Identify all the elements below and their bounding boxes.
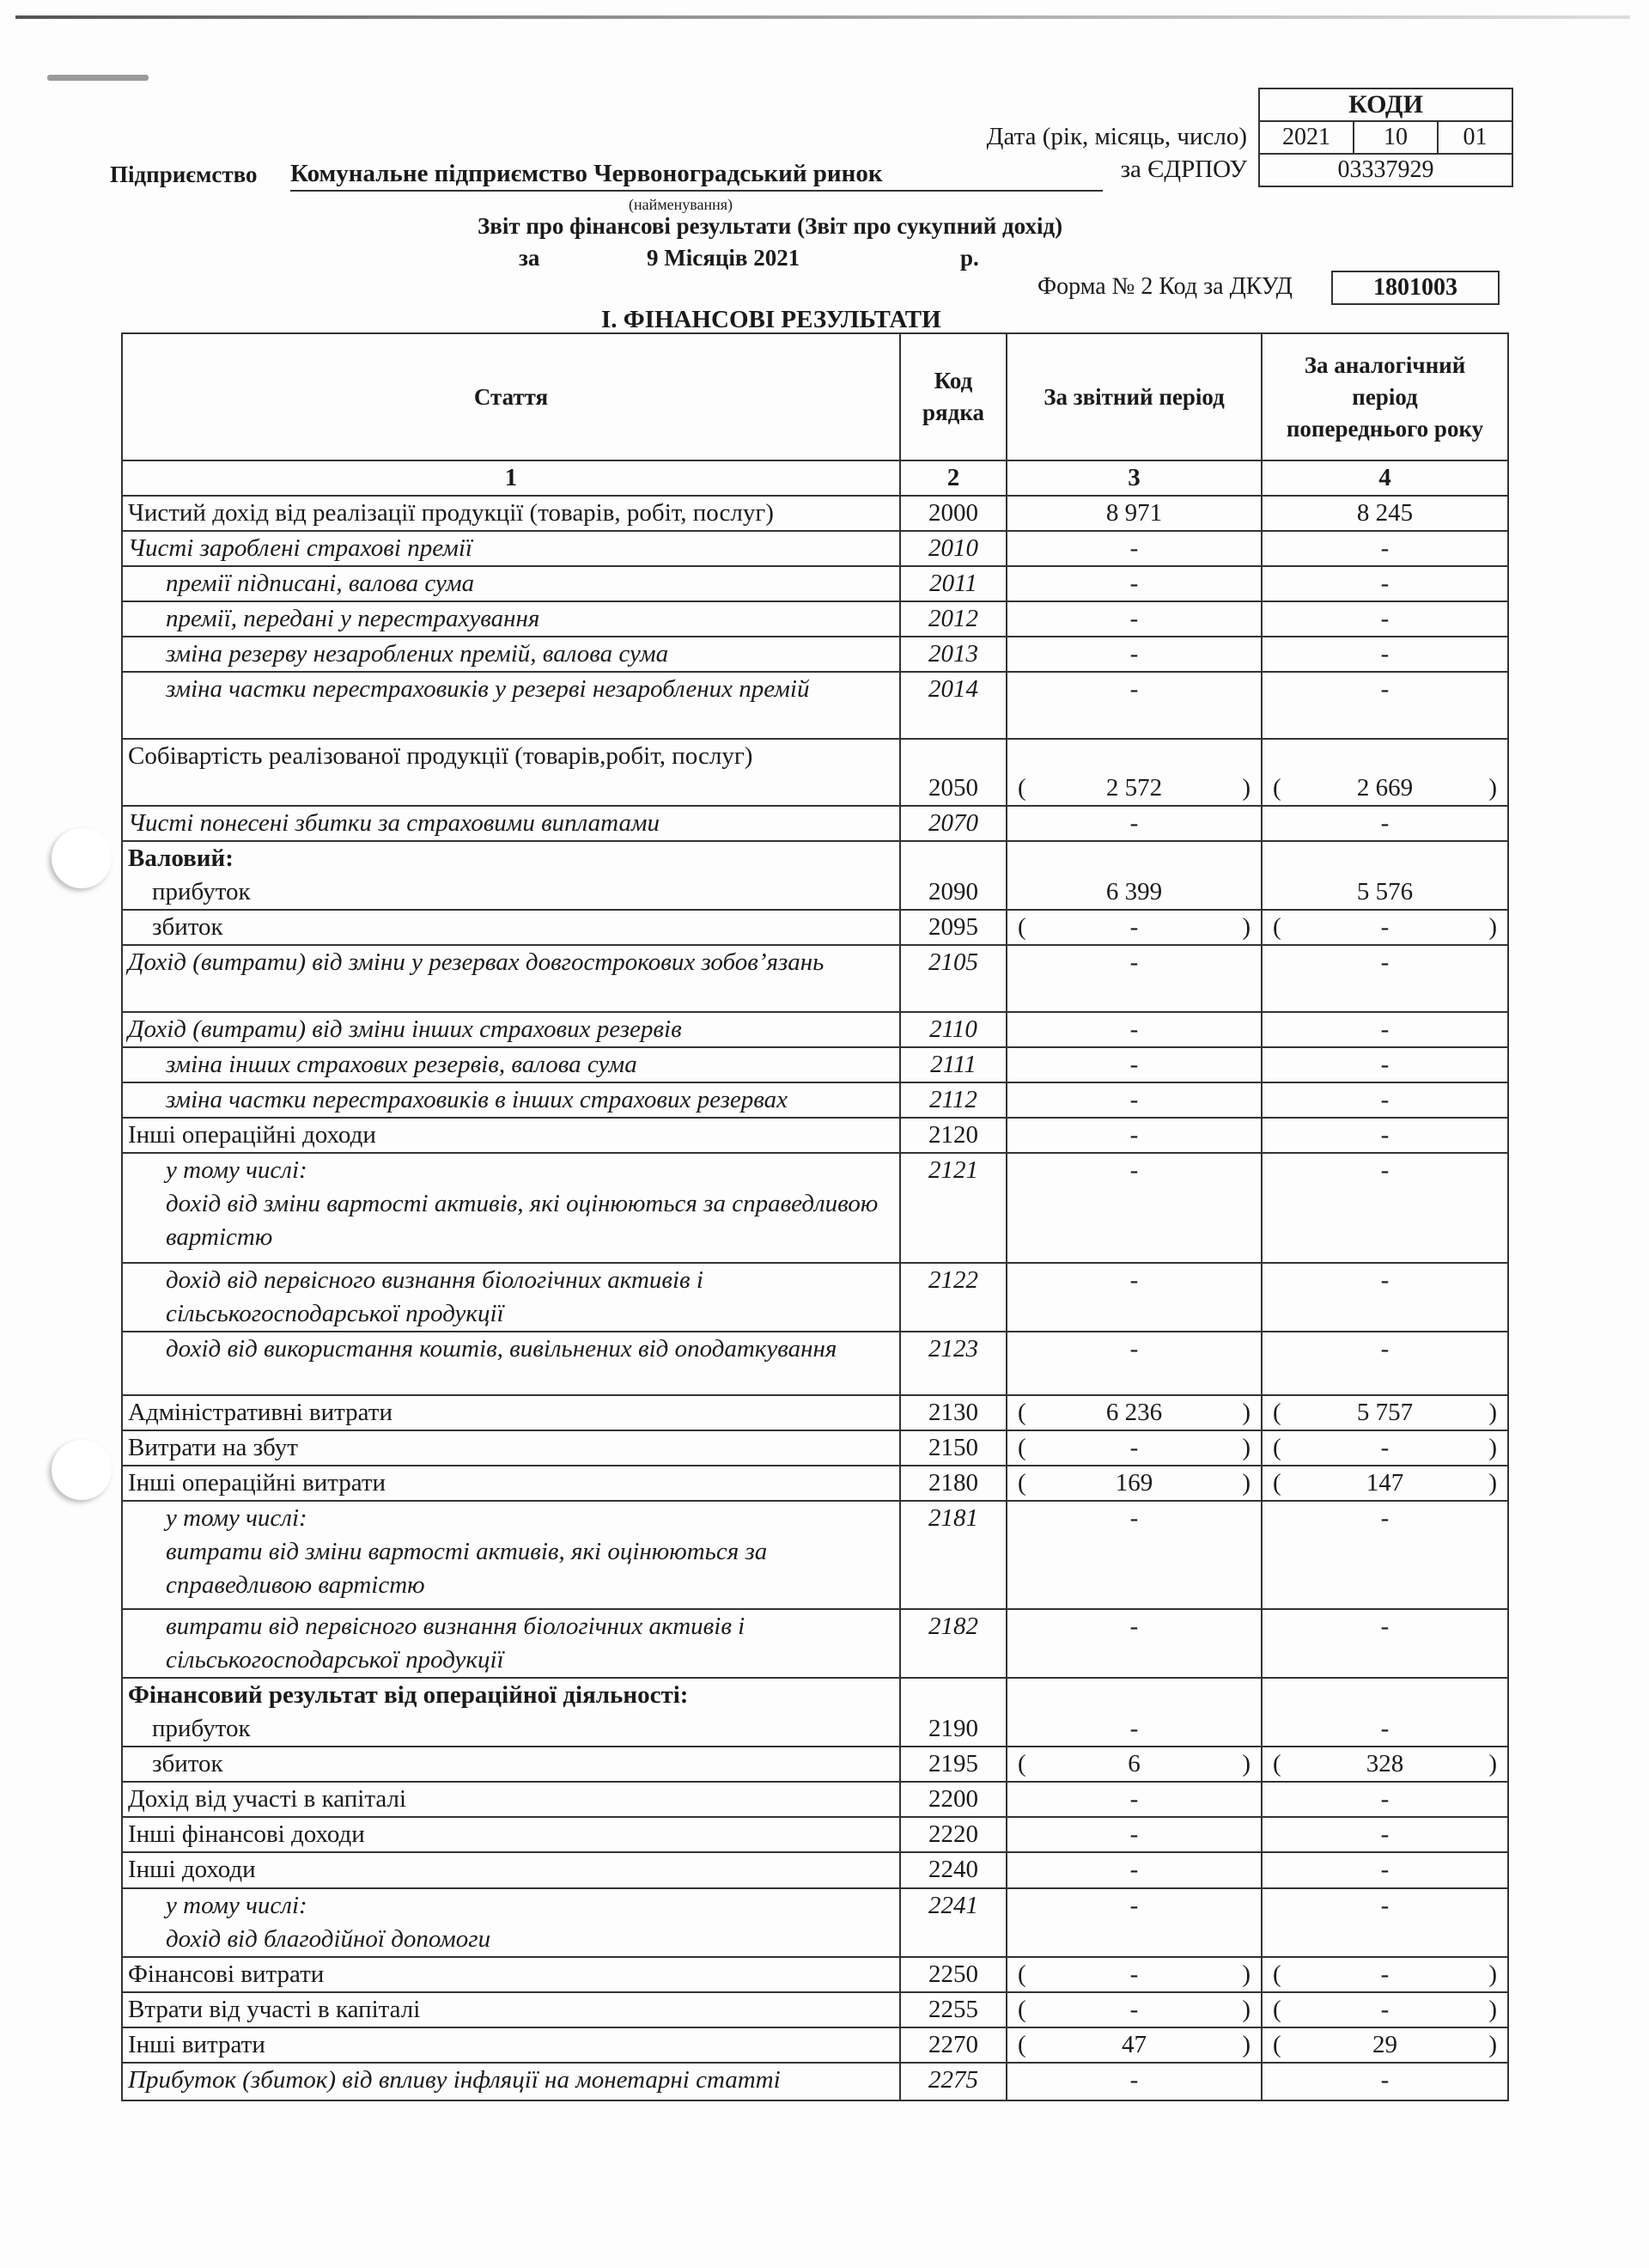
value-previous-period: (-) (1262, 1957, 1508, 1992)
article-text: витрати від зміни вартості активів, які … (128, 1535, 899, 1602)
article-cell: збиток (122, 910, 900, 945)
table-row: премії, передані у перестрахування2012-- (122, 601, 1508, 637)
paren-open: ( (1273, 1466, 1281, 1500)
row-code: 2275 (900, 2063, 1007, 2100)
value-previous-period: 8 245 (1262, 496, 1508, 531)
edrpou-label: за ЄДРПОУ (1121, 155, 1247, 184)
value-text: - (1130, 1015, 1139, 1043)
table-row: Прибуток (збиток) від впливу інфляції на… (122, 2063, 1508, 2100)
value-current-period: - (1007, 1082, 1262, 1118)
table-row: Витрати на збут2150(-)(-) (122, 1430, 1508, 1466)
value-current-period: (47) (1007, 2027, 1262, 2063)
paren-close: ) (1242, 771, 1250, 805)
article-text: прибуток (128, 1712, 899, 1746)
value-current-period: - (1007, 1501, 1262, 1609)
article-text: премії підписані, валова сума (128, 567, 899, 601)
article-cell: зміна резерву незароблених премій, валов… (122, 637, 900, 672)
value-text: - (1381, 1051, 1390, 1078)
value-text: 6 (1128, 1750, 1141, 1777)
article-cell: зміна частки перестраховиків в інших стр… (122, 1082, 900, 1118)
value-previous-period: - (1262, 601, 1508, 637)
article-text: дохід від первісного визнання біологічни… (128, 1264, 899, 1331)
article-text: Витрати на збут (128, 1431, 899, 1465)
value-current-period: - (1007, 531, 1262, 566)
article-cell: Дохід (витрати) від зміни інших страхови… (122, 1012, 900, 1047)
value-current-period: - (1007, 1332, 1262, 1395)
value-current-period: - (1007, 1153, 1262, 1263)
row-code: 2070 (900, 806, 1007, 841)
value-previous-period: - (1262, 1332, 1508, 1395)
value-previous-period: - (1262, 806, 1508, 841)
date-year: 2021 (1260, 122, 1354, 153)
value-text: - (1130, 1156, 1139, 1184)
column-numbers-row: 1 2 3 4 (122, 460, 1508, 496)
table-row: Валовий:прибуток20906 3995 576 (122, 841, 1508, 910)
value-previous-period: - (1262, 1012, 1508, 1047)
article-text: Собівартість реалізованої продукції (тов… (128, 740, 899, 773)
article-cell: Прибуток (збиток) від впливу інфляції на… (122, 2063, 900, 2100)
table-row: Втрати від участі в капіталі2255(-)(-) (122, 1992, 1508, 2027)
value-text: - (1381, 1715, 1390, 1742)
article-cell: збиток (122, 1747, 900, 1782)
paren-open: ( (1018, 1993, 1026, 2027)
paren-open: ( (1018, 771, 1026, 805)
article-text: Фінансові витрати (128, 1958, 899, 1991)
article-text: Чисті зароблені страхові премії (128, 532, 899, 565)
article-cell: у тому числі:дохід від зміни вартості ак… (122, 1153, 900, 1263)
article-cell: Собівартість реалізованої продукції (тов… (122, 739, 900, 806)
table-row: Інші фінансові доходи2220-- (122, 1817, 1508, 1852)
table-row: Інші операційні доходи2120-- (122, 1118, 1508, 1153)
value-text: - (1130, 1715, 1139, 1742)
row-code: 2013 (900, 637, 1007, 672)
col-header-article: Стаття (122, 333, 900, 460)
article-text: дохід від благодійної допомоги (128, 1923, 899, 1956)
col-header-current: За звітний період (1007, 333, 1262, 460)
article-text: прибуток (128, 875, 899, 909)
value-text: - (1130, 913, 1139, 941)
value-current-period: (6) (1007, 1747, 1262, 1782)
value-text: - (1381, 948, 1390, 976)
value-current-period: - (1007, 806, 1262, 841)
value-current-period: 8 971 (1007, 496, 1262, 531)
value-previous-period: - (1262, 1082, 1508, 1118)
article-cell: Дохід (витрати) від зміни у резервах дов… (122, 945, 900, 1012)
value-text: - (1381, 1892, 1390, 1919)
article-text: дохід від використання коштів, вивільнен… (128, 1332, 899, 1366)
col-header-previous: За аналогічний період попереднього року (1262, 333, 1508, 460)
value-text: - (1381, 2066, 1390, 2094)
row-code: 2130 (900, 1395, 1007, 1430)
article-cell: Фінансові витрати (122, 1957, 900, 1992)
table-row: Чистий дохід від реалізації продукції (т… (122, 496, 1508, 531)
row-code: 2123 (900, 1332, 1007, 1395)
edrpou-code: 03337929 (1260, 155, 1512, 186)
value-previous-period: (147) (1262, 1466, 1508, 1501)
paren-open: ( (1018, 911, 1026, 944)
paren-open: ( (1273, 1958, 1281, 1991)
org-label: Підприємство (110, 162, 258, 188)
value-text: - (1130, 1434, 1139, 1461)
article-text: Інші фінансові доходи (128, 1818, 899, 1851)
value-text: 8 245 (1357, 499, 1413, 527)
paren-open: ( (1018, 1431, 1026, 1465)
value-text: - (1130, 1051, 1139, 1078)
table-row: Собівартість реалізованої продукції (тов… (122, 739, 1508, 806)
paren-open: ( (1273, 1747, 1281, 1781)
row-code: 2105 (900, 945, 1007, 1012)
row-code: 2095 (900, 910, 1007, 945)
table-row: Фінансові витрати2250(-)(-) (122, 1957, 1508, 1992)
value-previous-period: - (1262, 2063, 1508, 2100)
value-text: - (1381, 1121, 1390, 1149)
dkud-code: 1801003 (1331, 271, 1500, 305)
value-previous-period: - (1262, 1782, 1508, 1817)
row-code: 2000 (900, 496, 1007, 531)
value-text: - (1130, 2066, 1139, 2094)
row-code: 2270 (900, 2027, 1007, 2063)
table-row: збиток2095(-)(-) (122, 910, 1508, 945)
value-text: 328 (1366, 1750, 1404, 1777)
article-heading: у тому числі: (128, 1502, 899, 1535)
value-current-period: 6 399 (1007, 841, 1262, 910)
value-current-period: - (1007, 601, 1262, 637)
form-label: Форма № 2 Код за ДКУД (1037, 273, 1293, 301)
value-previous-period: - (1262, 566, 1508, 601)
value-previous-period: - (1262, 1501, 1508, 1609)
value-text: - (1130, 809, 1139, 837)
value-text: - (1130, 1086, 1139, 1113)
article-text: Інші операційні витрати (128, 1466, 899, 1500)
row-code: 2111 (900, 1047, 1007, 1082)
col-header-code: Код рядка (900, 333, 1007, 460)
value-text: - (1130, 605, 1139, 632)
paren-close: ) (1488, 771, 1497, 805)
row-code: 2255 (900, 1992, 1007, 2027)
table-row: Адміністративні витрати2130(6 236)(5 757… (122, 1395, 1508, 1430)
article-cell: Втрати від участі в капіталі (122, 1992, 900, 2027)
value-text: - (1381, 675, 1390, 703)
value-text: 5 576 (1357, 878, 1413, 905)
row-code: 2121 (900, 1153, 1007, 1263)
value-previous-period: - (1262, 1609, 1508, 1678)
article-cell: Валовий:прибуток (122, 841, 900, 910)
table-row: Інші витрати2270(47)(29) (122, 2027, 1508, 2063)
article-text: Чисті понесені збитки за страховими випл… (128, 807, 899, 840)
row-code: 2250 (900, 1957, 1007, 1992)
article-cell: Інші операційні доходи (122, 1118, 900, 1153)
value-text: 8 971 (1106, 499, 1162, 527)
article-heading: у тому числі: (128, 1154, 899, 1187)
article-text: зміна інших страхових резервів, валова с… (128, 1048, 899, 1082)
period-suffix: р. (960, 245, 979, 271)
paren-close: ) (1242, 2028, 1250, 2062)
article-text: витрати від первісного визнання біологіч… (128, 1610, 899, 1677)
value-text: - (1130, 570, 1139, 597)
row-code: 2110 (900, 1012, 1007, 1047)
value-previous-period: - (1262, 1678, 1508, 1747)
value-text: - (1130, 1335, 1139, 1363)
article-text: Втрати від участі в капіталі (128, 1993, 899, 2027)
value-previous-period: - (1262, 945, 1508, 1012)
value-previous-period: (328) (1262, 1747, 1508, 1782)
row-code: 2090 (900, 841, 1007, 910)
table-row: у тому числі:дохід від благодійної допом… (122, 1888, 1508, 1957)
value-text: 5 757 (1357, 1399, 1413, 1426)
row-code: 2010 (900, 531, 1007, 566)
article-text: премії, передані у перестрахування (128, 602, 899, 636)
paren-close: ) (1242, 1431, 1250, 1465)
report-title: Звіт про фінансові результати (Звіт про … (478, 213, 1062, 240)
article-text: Прибуток (збиток) від впливу інфляції на… (128, 2064, 899, 2097)
paren-close: ) (1488, 1958, 1497, 1991)
value-text: - (1381, 1996, 1390, 2023)
paren-open: ( (1273, 1396, 1281, 1430)
article-text: збиток (128, 911, 899, 944)
date-month: 10 (1354, 122, 1439, 153)
row-code: 2182 (900, 1609, 1007, 1678)
value-previous-period: - (1262, 1888, 1508, 1957)
value-previous-period: (29) (1262, 2027, 1508, 2063)
row-code: 2012 (900, 601, 1007, 637)
paren-close: ) (1488, 1396, 1497, 1430)
punch-hole (52, 828, 112, 888)
value-text: - (1130, 1960, 1139, 1988)
article-cell: зміна інших страхових резервів, валова с… (122, 1047, 900, 1082)
value-text: - (1381, 1613, 1390, 1640)
value-text: - (1381, 1086, 1390, 1113)
article-cell: премії підписані, валова сума (122, 566, 900, 601)
value-current-period: - (1007, 672, 1262, 739)
article-text: зміна частки перестраховиків в інших стр… (128, 1083, 899, 1117)
period-prefix: за (519, 245, 539, 271)
paren-close: ) (1488, 2028, 1497, 2062)
value-text: - (1381, 1504, 1390, 1532)
value-current-period: - (1007, 1012, 1262, 1047)
value-current-period: - (1007, 1888, 1262, 1957)
value-previous-period: (-) (1262, 1430, 1508, 1466)
value-text: - (1130, 675, 1139, 703)
table-row: збиток2195(6)(328) (122, 1747, 1508, 1782)
org-name: Комунальне підприємство Червоноградський… (290, 160, 1103, 192)
row-code: 2220 (900, 1817, 1007, 1852)
article-text: Дохід (витрати) від зміни у резервах дов… (128, 946, 899, 979)
scan-mark (47, 75, 149, 81)
row-code: 2014 (900, 672, 1007, 739)
value-text: - (1381, 913, 1390, 941)
value-current-period: - (1007, 1852, 1262, 1888)
row-code: 2050 (900, 739, 1007, 806)
value-text: - (1130, 1996, 1139, 2023)
table-row: дохід від використання коштів, вивільнен… (122, 1332, 1508, 1395)
article-cell: Чисті зароблені страхові премії (122, 531, 900, 566)
value-text: - (1130, 534, 1139, 562)
table-row: Дохід (витрати) від зміни інших страхови… (122, 1012, 1508, 1047)
table-row: премії підписані, валова сума2011-- (122, 566, 1508, 601)
org-sublabel: (найменування) (629, 196, 733, 214)
article-cell: у тому числі:дохід від благодійної допом… (122, 1888, 900, 1957)
table-row: зміна частки перестраховиків в інших стр… (122, 1082, 1508, 1118)
article-cell: зміна частки перестраховиків у резерві н… (122, 672, 900, 739)
value-text: - (1381, 1266, 1390, 1294)
paren-close: ) (1242, 1993, 1250, 2027)
report-period: 9 Місяців 2021 (647, 245, 800, 271)
article-cell: дохід від первісного визнання біологічни… (122, 1263, 900, 1332)
paren-close: ) (1488, 1993, 1497, 2027)
col-number: 1 (122, 460, 900, 496)
paren-open: ( (1273, 911, 1281, 944)
date-label: Дата (рік, місяць, число) (987, 123, 1247, 151)
article-text: Дохід від участі в капіталі (128, 1783, 899, 1816)
article-text: зміна резерву незароблених премій, валов… (128, 637, 899, 671)
financial-results-table: Стаття Код рядка За звітний період За ан… (121, 332, 1509, 2101)
value-text: - (1381, 1156, 1390, 1184)
article-text: Чистий дохід від реалізації продукції (т… (128, 497, 899, 530)
value-text: 47 (1122, 2031, 1147, 2058)
value-text: - (1381, 809, 1390, 837)
row-code: 2181 (900, 1501, 1007, 1609)
value-previous-period: (2 669) (1262, 739, 1508, 806)
paren-close: ) (1242, 1958, 1250, 1991)
value-previous-period: - (1262, 1263, 1508, 1332)
row-code: 2150 (900, 1430, 1007, 1466)
table-row: Інші операційні витрати2180(169)(147) (122, 1466, 1508, 1501)
value-current-period: (-) (1007, 1957, 1262, 1992)
paren-open: ( (1018, 1396, 1026, 1430)
row-code: 2122 (900, 1263, 1007, 1332)
paren-close: ) (1488, 1431, 1497, 1465)
table-row: зміна інших страхових резервів, валова с… (122, 1047, 1508, 1082)
paren-open: ( (1273, 771, 1281, 805)
table-row: Фінансовий результат від операційної дія… (122, 1678, 1508, 1747)
value-text: - (1130, 1266, 1139, 1294)
article-cell: Інші фінансові доходи (122, 1817, 900, 1852)
article-cell: Витрати на збут (122, 1430, 900, 1466)
value-current-period: - (1007, 1118, 1262, 1153)
article-cell: Інші витрати (122, 2027, 900, 2063)
table-row: зміна резерву незароблених премій, валов… (122, 637, 1508, 672)
table-row: зміна частки перестраховиків у резерві н… (122, 672, 1508, 739)
value-text: - (1381, 640, 1390, 668)
value-text: 169 (1116, 1469, 1153, 1497)
article-heading: Фінансовий результат від операційної дія… (128, 1679, 899, 1712)
value-text: 147 (1366, 1469, 1404, 1497)
value-previous-period: - (1262, 1153, 1508, 1263)
article-cell: Інші операційні витрати (122, 1466, 900, 1501)
table-row: Дохід (витрати) від зміни у резервах дов… (122, 945, 1508, 1012)
table-row: дохід від первісного визнання біологічни… (122, 1263, 1508, 1332)
article-cell: Адміністративні витрати (122, 1395, 900, 1430)
punch-hole (52, 1440, 112, 1500)
scan-edge-line (15, 15, 1630, 19)
value-current-period: (6 236) (1007, 1395, 1262, 1430)
article-cell: премії, передані у перестрахування (122, 601, 900, 637)
article-text: Інші витрати (128, 2028, 899, 2062)
codes-box: КОДИ 2021 10 01 03337929 (1258, 88, 1513, 187)
value-current-period: - (1007, 945, 1262, 1012)
article-cell: витрати від первісного визнання біологіч… (122, 1609, 900, 1678)
value-text: - (1381, 570, 1390, 597)
value-previous-period: - (1262, 637, 1508, 672)
value-text: - (1130, 1613, 1139, 1640)
row-code: 2241 (900, 1888, 1007, 1957)
value-current-period: - (1007, 2063, 1262, 2100)
row-code: 2195 (900, 1747, 1007, 1782)
value-current-period: - (1007, 566, 1262, 601)
row-code: 2190 (900, 1678, 1007, 1747)
article-text: Інші доходи (128, 1853, 899, 1887)
value-current-period: (2 572) (1007, 739, 1262, 806)
value-current-period: (-) (1007, 1992, 1262, 2027)
value-current-period: - (1007, 1782, 1262, 1817)
value-previous-period: 5 576 (1262, 841, 1508, 910)
value-previous-period: (-) (1262, 910, 1508, 945)
value-text: - (1381, 1785, 1390, 1813)
table-row: Дохід від участі в капіталі2200-- (122, 1782, 1508, 1817)
value-previous-period: - (1262, 672, 1508, 739)
value-text: - (1130, 1504, 1139, 1532)
value-current-period: - (1007, 1047, 1262, 1082)
value-text: - (1130, 1121, 1139, 1149)
value-text: - (1381, 534, 1390, 562)
value-previous-period: - (1262, 531, 1508, 566)
value-current-period: (169) (1007, 1466, 1262, 1501)
article-cell: Фінансовий результат від операційної дія… (122, 1678, 900, 1747)
value-text: 6 236 (1106, 1399, 1162, 1426)
paren-open: ( (1018, 1747, 1026, 1781)
value-previous-period: - (1262, 1047, 1508, 1082)
paren-open: ( (1018, 2028, 1026, 2062)
row-code: 2011 (900, 566, 1007, 601)
row-code: 2180 (900, 1466, 1007, 1501)
value-previous-period: - (1262, 1118, 1508, 1153)
table-row: у тому числі:витрати від зміни вартості … (122, 1501, 1508, 1609)
value-current-period: - (1007, 1609, 1262, 1678)
paren-close: ) (1242, 911, 1250, 944)
article-cell: Дохід від участі в капіталі (122, 1782, 900, 1817)
article-cell: Чисті понесені збитки за страховими випл… (122, 806, 900, 841)
value-text: 29 (1372, 2031, 1397, 2058)
value-current-period: - (1007, 637, 1262, 672)
article-text: Інші операційні доходи (128, 1119, 899, 1152)
paren-open: ( (1273, 1431, 1281, 1465)
value-text: - (1130, 948, 1139, 976)
article-cell: дохід від використання коштів, вивільнен… (122, 1332, 900, 1395)
row-code: 2112 (900, 1082, 1007, 1118)
value-current-period: (-) (1007, 910, 1262, 945)
table-row: Чисті зароблені страхові премії2010-- (122, 531, 1508, 566)
article-cell: Інші доходи (122, 1852, 900, 1888)
table-row: Інші доходи2240-- (122, 1852, 1508, 1888)
value-text: 2 669 (1357, 774, 1413, 802)
table-row: у тому числі:дохід від зміни вартості ак… (122, 1153, 1508, 1263)
row-code: 2200 (900, 1782, 1007, 1817)
paren-close: ) (1488, 1466, 1497, 1500)
value-text: - (1381, 1820, 1390, 1848)
value-current-period: (-) (1007, 1430, 1262, 1466)
date-codes: 2021 10 01 (1260, 122, 1512, 155)
article-heading: Валовий: (128, 842, 899, 875)
table-header-row: Стаття Код рядка За звітний період За ан… (122, 333, 1508, 460)
article-text: Адміністративні витрати (128, 1396, 899, 1430)
value-text: 6 399 (1106, 878, 1162, 905)
value-text: - (1381, 1434, 1390, 1461)
codes-title: КОДИ (1260, 89, 1512, 122)
article-text: Дохід (витрати) від зміни інших страхови… (128, 1013, 899, 1046)
row-code: 2120 (900, 1118, 1007, 1153)
paren-open: ( (1018, 1958, 1026, 1991)
article-heading: у тому числі: (128, 1889, 899, 1923)
